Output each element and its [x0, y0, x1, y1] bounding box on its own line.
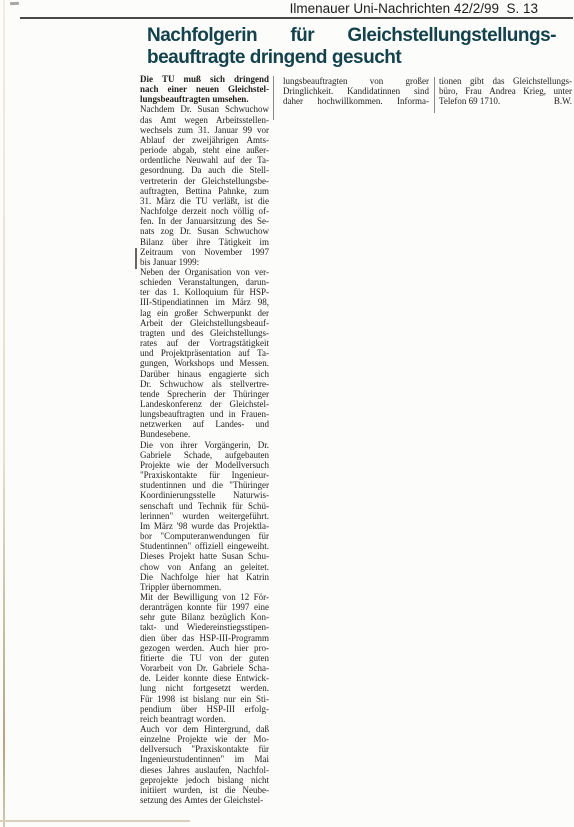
text-line: undProjektpräsentationaufTa-: [140, 348, 269, 358]
text-line: DiesesProjekthatteSusanSchu-: [140, 551, 269, 561]
text-line: Nachfolgederzeitnochvölligof-: [140, 206, 269, 216]
text-line: einzelneProjektewiederMo-: [140, 734, 269, 744]
text-line: BilanzüberihreTätigkeitim: [140, 237, 269, 247]
text-line: DieNachfolgehierhatKatrin: [140, 572, 269, 582]
text-line: vertreterinderGleichstellungsbe-: [140, 176, 269, 186]
column-separator-1: [273, 76, 274, 120]
text-line: NebenderOrganisationvonver-: [140, 267, 269, 277]
text-line: DievonihrerVorgängerin,Dr.: [140, 440, 269, 450]
text-line: ImMärz'98wurdedasProjektla-: [140, 521, 269, 531]
text-line: dasAmtwegenArbeitsstellen-: [140, 115, 269, 125]
text-line: AuchvordemHintergrund,daß: [140, 724, 269, 734]
text-line: daherhochwillkommen.Informa-: [283, 96, 429, 106]
text-line: ProjektewiederModellversuch: [140, 460, 269, 470]
text-line: beauftragtedringendgesucht: [147, 47, 556, 69]
text-line: pendiumüberHSP-IIIerfolg-: [140, 704, 269, 714]
text-line: lungsbeauftragtenumsehen.: [140, 94, 269, 104]
text-line: natszogDr.SusanSchwuchow: [140, 226, 269, 236]
text-line: 31.MärzdieTUverläßt,istdie: [140, 196, 269, 206]
text-line: studentinnenunddie"Thüringer: [140, 480, 269, 490]
text-line: auftragten,BettinaPahnke,zum: [140, 186, 269, 196]
text-line: geprojektejedochbislangnicht: [140, 775, 269, 785]
text-line: III-StipendiatinnenimMärz98,: [140, 297, 269, 307]
article-lead-paragraph: DieTUmußsichdringendnacheinerneuenGleich…: [140, 74, 269, 104]
text-line: ZeitraumvonNovember1997: [140, 247, 269, 257]
text-line: initiiertwurden,istdieNeube-: [140, 785, 269, 795]
text-line: bor"Computeranwendungenfür: [140, 531, 269, 541]
article-body-text: tionengibtdasGleichstellungs-büro,FrauAn…: [439, 76, 572, 96]
masthead-rule: [20, 17, 573, 19]
text-line: reichbeantragtworden.: [140, 714, 269, 724]
text-line: takt-undWiedereinstiegsstipen-: [140, 622, 269, 632]
text-line: de.LeiderkonntedieseEntwick-: [140, 673, 269, 683]
text-line: LandeskonferenzderGleichstel-: [140, 399, 269, 409]
text-line: dienüberdasHSP-III-Programm: [140, 633, 269, 643]
headline: NachfolgerinfürGleichstellungstellungs-b…: [147, 25, 556, 68]
text-line: MitderBewilligungvon12För-: [140, 592, 269, 602]
scan-bottom-rule-artifact: [0, 820, 190, 822]
text-line: Ingenieurstudentinnen"imMai: [140, 754, 269, 764]
text-line: lungsbeauftragtenundinFrauen-: [140, 409, 269, 419]
text-line: setzungdesAmtesderGleichstel-: [140, 795, 269, 805]
text-line: büro,FrauAndreaKrieg,unter: [439, 86, 572, 96]
text-line: gesordnung.DaauchdieStell-: [140, 165, 269, 175]
text-line: Dringlichkeit.Kandidatinnensind: [283, 86, 429, 96]
text-line: lerinnen"wurdenweitergeführt.: [140, 511, 269, 521]
text-line: tendeSprecherinderThüringer: [140, 389, 269, 399]
text-line: AblaufderzweijährigenAmts-: [140, 135, 269, 145]
article-column-2: lungsbeauftragtenvongroßerDringlichkeit.…: [283, 76, 429, 106]
article-column-1: DieTUmußsichdringendnacheinerneuenGleich…: [140, 74, 269, 805]
text-line: diesesJahresauslaufen,Nachfol-: [140, 765, 269, 775]
text-line: nacheinerneuenGleichstel-: [140, 84, 269, 94]
text-line: sehrguteBilanzbezüglichKon-: [140, 612, 269, 622]
masthead: Ilmenauer Uni-Nachrichten 42/2/99 S. 13: [0, 1, 538, 16]
margin-mark-artifact: [135, 248, 137, 269]
text-line: VorarbeitvonDr.GabrieleScha-: [140, 663, 269, 673]
text-line: schiedenVeranstaltungen,darun-: [140, 277, 269, 287]
text-line: fen.InderJanuarsitzungdesSe-: [140, 216, 269, 226]
text-line: Dr.Schwuchowalsstellvertre-: [140, 379, 269, 389]
text-line: NachdemDr.SusanSchwuchow: [140, 104, 269, 114]
article-column-3: tionengibtdasGleichstellungs-büro,FrauAn…: [439, 76, 572, 106]
text-line: netzwerkenaufLandes-und: [140, 419, 269, 429]
text-line: Bundesebene.: [140, 429, 269, 439]
text-line: ratesaufderVortragstätigkeit: [140, 338, 269, 348]
text-line: periodeabgab,stehteineaußer-: [140, 145, 269, 155]
text-line: "PraxiskontaktefürIngenieur-: [140, 470, 269, 480]
text-line: fitiertedieTUvonderguten: [140, 653, 269, 663]
column-separator-2: [434, 77, 435, 113]
text-line: lungsbeauftragtenvongroßer: [283, 76, 429, 86]
text-line: GabrieleSchade,aufgebauten: [140, 450, 269, 460]
text-line: Darüberhinausengagiertesich: [140, 369, 269, 379]
text-line: gungen,WorkshopsundMessen.: [140, 358, 269, 368]
text-line: deranträgenkonntefür1997eine: [140, 602, 269, 612]
text-line: DieTUmußsichdringend: [140, 74, 269, 84]
text-line: tragtenunddesGleichstellungs-: [140, 328, 269, 338]
text-line: chowvonAnfangangeleitet.: [140, 562, 269, 572]
byline-line: Telefon 69 1710. B.W.: [439, 96, 572, 106]
text-line: terdas1.KolloquiumfürHSP-: [140, 287, 269, 297]
text-line: Für1998istbislangnureinSti-: [140, 694, 269, 704]
text-line: lageingroßerSchwerpunktder: [140, 308, 269, 318]
text-line: Studentinnen"offizielleingeweiht.: [140, 541, 269, 551]
text-line: gezogenwerden.Auchhierpro-: [140, 643, 269, 653]
scan-edge-artifact: [3, 0, 5, 827]
text-line: tionengibtdasGleichstellungs-: [439, 76, 572, 86]
text-line: Tripplerübernommen.: [140, 582, 269, 592]
text-line: NachfolgerinfürGleichstellungstellungs-: [147, 25, 556, 47]
contact-phone: Telefon 69 1710.: [439, 96, 500, 106]
text-line: ordentlicheNeuwahlaufderTa-: [140, 155, 269, 165]
text-line: lungnichtfortgesetztwerden.: [140, 683, 269, 693]
text-line: senschaftundTechnikfürSchü-: [140, 501, 269, 511]
article-body-text: NachdemDr.SusanSchwuchowdasAmtwegenArbei…: [140, 104, 269, 805]
text-line: dellversuch"Praxiskontaktefür: [140, 744, 269, 754]
text-line: bisJanuar1999:: [140, 257, 269, 267]
text-line: KoordinierungsstelleNaturwis-: [140, 490, 269, 500]
text-line: wechselszum31.Januar99vor: [140, 125, 269, 135]
text-line: ArbeitderGleichstellungsbeauf-: [140, 318, 269, 328]
author-initials: B.W.: [554, 96, 572, 106]
